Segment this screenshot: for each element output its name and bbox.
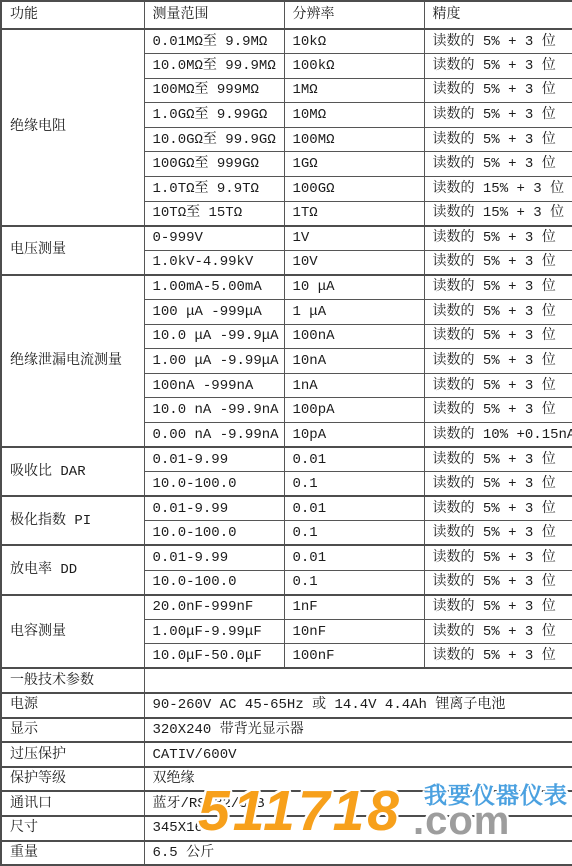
accuracy-cell: 读数的 5% + 3 位 (424, 619, 572, 644)
range-cell: 100 μA -999μA (144, 300, 284, 325)
resolution-cell: 100nA (284, 324, 424, 349)
table-row: 放电率 DD0.01-9.990.01读数的 5% + 3 位 (1, 545, 572, 570)
table-row: 电压测量0-999V1V读数的 5% + 3 位 (1, 226, 572, 251)
param-value-cell: 蓝牙/RS232/USB (144, 791, 572, 816)
table-row: 尺寸345X160X (1, 816, 572, 841)
accuracy-cell: 读数的 5% + 3 位 (424, 226, 572, 251)
resolution-cell: 1GΩ (284, 152, 424, 177)
col-header-resolution: 分辨率 (284, 1, 424, 29)
range-cell: 10.0μF-50.0μF (144, 644, 284, 669)
spec-table-body: 绝缘电阻0.01MΩ至 9.9MΩ10kΩ读数的 5% + 3 位10.0MΩ至… (1, 29, 572, 865)
resolution-cell: 1TΩ (284, 201, 424, 226)
accuracy-cell: 读数的 5% + 3 位 (424, 521, 572, 546)
resolution-cell: 0.1 (284, 570, 424, 595)
resolution-cell: 10nF (284, 619, 424, 644)
param-label-cell: 过压保护 (1, 742, 144, 767)
resolution-cell: 100kΩ (284, 54, 424, 79)
table-row: 过压保护CATIV/600V (1, 742, 572, 767)
table-row: 绝缘泄漏电流测量1.00mA-5.00mA10 μA读数的 5% + 3 位 (1, 275, 572, 300)
accuracy-cell: 读数的 5% + 3 位 (424, 595, 572, 620)
accuracy-cell: 读数的 5% + 3 位 (424, 398, 572, 423)
accuracy-cell: 读数的 5% + 3 位 (424, 496, 572, 521)
range-cell: 10.0MΩ至 99.9MΩ (144, 54, 284, 79)
function-cell: 放电率 DD (1, 545, 144, 594)
accuracy-cell: 读数的 5% + 3 位 (424, 127, 572, 152)
param-value-cell: 双绝缘 (144, 767, 572, 792)
table-row: 电容测量20.0nF-999nF1nF读数的 5% + 3 位 (1, 595, 572, 620)
accuracy-cell: 读数的 5% + 3 位 (424, 447, 572, 472)
param-value-cell: 6.5 公斤 (144, 841, 572, 866)
range-cell: 0.01-9.99 (144, 447, 284, 472)
range-cell: 0.01-9.99 (144, 496, 284, 521)
param-label-cell: 保护等级 (1, 767, 144, 792)
accuracy-cell: 读数的 5% + 3 位 (424, 250, 572, 275)
range-cell: 20.0nF-999nF (144, 595, 284, 620)
resolution-cell: 1MΩ (284, 78, 424, 103)
range-cell: 10TΩ至 15TΩ (144, 201, 284, 226)
function-cell: 绝缘电阻 (1, 29, 144, 226)
range-cell: 10.0 μA -99.9μA (144, 324, 284, 349)
accuracy-cell: 读数的 5% + 3 位 (424, 545, 572, 570)
resolution-cell: 100nF (284, 644, 424, 669)
col-header-accuracy: 精度 (424, 1, 572, 29)
resolution-cell: 10MΩ (284, 103, 424, 128)
resolution-cell: 100GΩ (284, 177, 424, 202)
accuracy-cell: 读数的 10% +0.15nA (424, 423, 572, 448)
param-label-cell: 尺寸 (1, 816, 144, 841)
table-row: 吸收比 DAR0.01-9.990.01读数的 5% + 3 位 (1, 447, 572, 472)
accuracy-cell: 读数的 5% + 3 位 (424, 472, 572, 497)
param-value-cell: 90-260V AC 45-65Hz 或 14.4V 4.4Ah 锂离子电池 (144, 693, 572, 718)
header-row: 功能 测量范围 分辨率 精度 (1, 1, 572, 29)
spec-sheet-page: 功能 测量范围 分辨率 精度 绝缘电阻0.01MΩ至 9.9MΩ10kΩ读数的 … (0, 0, 572, 866)
accuracy-cell: 读数的 5% + 3 位 (424, 570, 572, 595)
range-cell: 1.00 μA -9.99μA (144, 349, 284, 374)
range-cell: 100MΩ至 999MΩ (144, 78, 284, 103)
range-cell: 10.0 nA -99.9nA (144, 398, 284, 423)
accuracy-cell: 读数的 5% + 3 位 (424, 78, 572, 103)
accuracy-cell: 读数的 5% + 3 位 (424, 275, 572, 300)
range-cell: 10.0-100.0 (144, 472, 284, 497)
col-header-function: 功能 (1, 1, 144, 29)
function-cell: 绝缘泄漏电流测量 (1, 275, 144, 447)
accuracy-cell: 读数的 5% + 3 位 (424, 373, 572, 398)
accuracy-cell: 读数的 15% + 3 位 (424, 177, 572, 202)
param-label-cell: 显示 (1, 718, 144, 743)
range-cell: 0.01-9.99 (144, 545, 284, 570)
table-row: 电源90-260V AC 45-65Hz 或 14.4V 4.4Ah 锂离子电池 (1, 693, 572, 718)
table-row: 通讯口蓝牙/RS232/USB (1, 791, 572, 816)
resolution-cell: 0.1 (284, 472, 424, 497)
accuracy-cell: 读数的 5% + 3 位 (424, 152, 572, 177)
table-row: 绝缘电阻0.01MΩ至 9.9MΩ10kΩ读数的 5% + 3 位 (1, 29, 572, 54)
resolution-cell: 1 μA (284, 300, 424, 325)
range-cell: 0.00 nA -9.99nA (144, 423, 284, 448)
range-cell: 1.0TΩ至 9.9TΩ (144, 177, 284, 202)
range-cell: 1.00μF-9.99μF (144, 619, 284, 644)
range-cell: 10.0-100.0 (144, 570, 284, 595)
function-cell: 电容测量 (1, 595, 144, 669)
resolution-cell: 10nA (284, 349, 424, 374)
table-row: 重量6.5 公斤 (1, 841, 572, 866)
resolution-cell: 100pA (284, 398, 424, 423)
range-cell: 0-999V (144, 226, 284, 251)
resolution-cell: 10pA (284, 423, 424, 448)
table-row: 一般技术参数 (1, 668, 572, 693)
table-row: 极化指数 PI0.01-9.990.01读数的 5% + 3 位 (1, 496, 572, 521)
resolution-cell: 10kΩ (284, 29, 424, 54)
accuracy-cell: 读数的 5% + 3 位 (424, 29, 572, 54)
resolution-cell: 1nF (284, 595, 424, 620)
table-row: 保护等级双绝缘 (1, 767, 572, 792)
param-value-cell (144, 668, 572, 693)
range-cell: 0.01MΩ至 9.9MΩ (144, 29, 284, 54)
range-cell: 1.0GΩ至 9.99GΩ (144, 103, 284, 128)
range-cell: 1.00mA-5.00mA (144, 275, 284, 300)
range-cell: 10.0-100.0 (144, 521, 284, 546)
accuracy-cell: 读数的 15% + 3 位 (424, 201, 572, 226)
accuracy-cell: 读数的 5% + 3 位 (424, 644, 572, 669)
range-cell: 10.0GΩ至 99.9GΩ (144, 127, 284, 152)
function-cell: 吸收比 DAR (1, 447, 144, 496)
param-value-cell: 345X160X (144, 816, 572, 841)
resolution-cell: 0.01 (284, 496, 424, 521)
function-cell: 极化指数 PI (1, 496, 144, 545)
accuracy-cell: 读数的 5% + 3 位 (424, 324, 572, 349)
resolution-cell: 10V (284, 250, 424, 275)
accuracy-cell: 读数的 5% + 3 位 (424, 300, 572, 325)
accuracy-cell: 读数的 5% + 3 位 (424, 349, 572, 374)
col-header-range: 测量范围 (144, 1, 284, 29)
param-value-cell: 320X240 带背光显示器 (144, 718, 572, 743)
resolution-cell: 1nA (284, 373, 424, 398)
param-label-cell: 一般技术参数 (1, 668, 144, 693)
accuracy-cell: 读数的 5% + 3 位 (424, 103, 572, 128)
resolution-cell: 0.1 (284, 521, 424, 546)
range-cell: 100GΩ至 999GΩ (144, 152, 284, 177)
resolution-cell: 0.01 (284, 545, 424, 570)
spec-table: 功能 测量范围 分辨率 精度 绝缘电阻0.01MΩ至 9.9MΩ10kΩ读数的 … (0, 0, 572, 866)
resolution-cell: 1V (284, 226, 424, 251)
table-row: 显示320X240 带背光显示器 (1, 718, 572, 743)
function-cell: 电压测量 (1, 226, 144, 275)
range-cell: 1.0kV-4.99kV (144, 250, 284, 275)
param-value-cell: CATIV/600V (144, 742, 572, 767)
range-cell: 100nA -999nA (144, 373, 284, 398)
resolution-cell: 100MΩ (284, 127, 424, 152)
param-label-cell: 通讯口 (1, 791, 144, 816)
param-label-cell: 电源 (1, 693, 144, 718)
resolution-cell: 10 μA (284, 275, 424, 300)
accuracy-cell: 读数的 5% + 3 位 (424, 54, 572, 79)
param-label-cell: 重量 (1, 841, 144, 866)
resolution-cell: 0.01 (284, 447, 424, 472)
